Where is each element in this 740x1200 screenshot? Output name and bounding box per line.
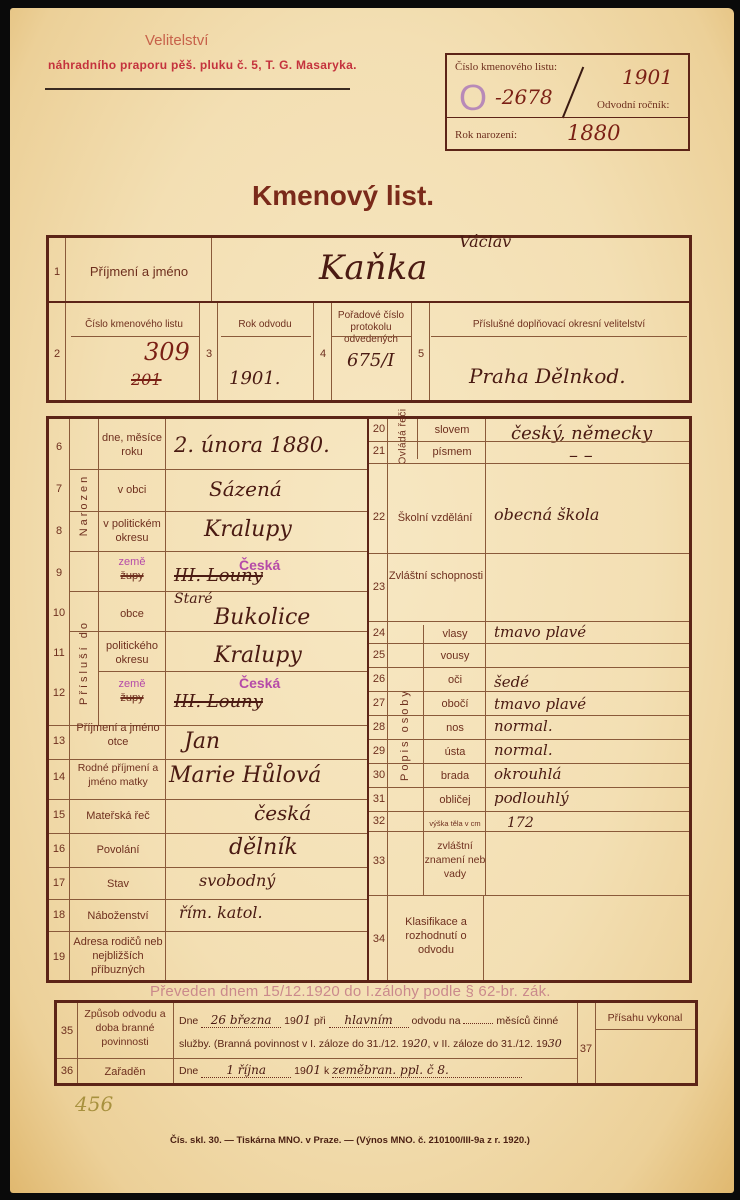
- row-number: 24: [369, 627, 389, 639]
- mother-tongue-label: Mateřská řeč: [69, 809, 167, 823]
- birth-district-value: Kralupy: [204, 517, 292, 542]
- divider: [165, 419, 166, 980]
- row-number: 32: [369, 815, 389, 827]
- divider: [69, 511, 367, 512]
- divider: [69, 419, 70, 980]
- country-stamp-label: země: [99, 677, 165, 691]
- given-name-value: Václav: [459, 232, 511, 251]
- divider: [173, 1003, 174, 1083]
- reserve2-year-hw: 30: [548, 1037, 562, 1050]
- eyebrows-label: obočí: [425, 697, 485, 711]
- row-number: 37: [576, 1043, 596, 1055]
- assigned-label: Zařaděn: [77, 1065, 173, 1079]
- divider: [417, 419, 418, 459]
- text-fragment: k: [324, 1065, 329, 1077]
- row-number: 33: [369, 855, 389, 867]
- row-number: 31: [369, 793, 389, 805]
- father-name-value: Jan: [184, 729, 220, 754]
- text-fragment: Dne: [179, 1065, 198, 1077]
- domicile-town-prefix: Staré: [174, 591, 213, 607]
- divider: [369, 691, 689, 692]
- row-number: 35: [57, 1025, 77, 1037]
- protocol-col-label: Pořadové číslo protokolu odvedených: [329, 310, 413, 346]
- surname-value: Kaňka: [319, 248, 427, 288]
- hair-label: vlasy: [425, 627, 485, 641]
- divider: [369, 715, 689, 716]
- father-name-label: Příjmení a jméno otce: [71, 721, 165, 749]
- row-number: 21: [369, 445, 389, 457]
- margin-note: 456: [75, 1092, 113, 1116]
- draft-year-label: Odvodní ročník:: [597, 99, 669, 111]
- chin-value: okrouhlá: [494, 765, 561, 783]
- face-label: obličej: [425, 793, 485, 807]
- stamp-battalion: náhradního praporu pěš. pluku č. 5, T. G…: [48, 58, 357, 72]
- marital-status-label: Stav: [69, 877, 167, 891]
- row-number: 15: [49, 809, 69, 821]
- divider: [69, 631, 367, 632]
- row-number: 23: [369, 581, 389, 593]
- divider: [431, 336, 687, 337]
- sheet-number-col-value: 309: [144, 338, 190, 366]
- num-col-line: [65, 238, 66, 400]
- assigned-date-value: 1 října: [201, 1063, 291, 1078]
- stamp-underline: [45, 88, 350, 90]
- belongs-group-label: Přísluší do: [78, 625, 90, 705]
- row-number: 12: [49, 687, 69, 699]
- divider: [483, 895, 484, 980]
- surname-label: Příjmení a jméno: [69, 265, 209, 279]
- eyebrows-value: tmavo plavé: [494, 695, 586, 713]
- divider: [49, 899, 367, 900]
- country-stamp-label: země: [99, 555, 165, 569]
- assigned-line: Dne 1 října 1901 k zeměbran. ppl. č 8.: [179, 1063, 522, 1078]
- mother-name-label: Rodné příjmení a jméno matky: [69, 761, 167, 789]
- divider: [369, 553, 689, 554]
- sheet-number-label: Číslo kmenového listu:: [455, 61, 557, 73]
- row-number: 28: [369, 721, 389, 733]
- face-value: podlouhlý: [494, 789, 569, 807]
- assigned-year-hw: 01: [306, 1063, 321, 1077]
- id-box-divider: [447, 117, 688, 118]
- divider: [369, 441, 689, 442]
- divider: [49, 867, 367, 868]
- divider: [369, 621, 689, 622]
- row-number: 1: [47, 266, 67, 278]
- divider: [369, 463, 689, 464]
- nose-value: normal.: [494, 717, 553, 735]
- draft-method-line2: služby. (Branná povinnost v I. záloze do…: [179, 1037, 562, 1050]
- section-identity: 1 Příjmení a jméno Kaňka Václav 2 Číslo …: [46, 235, 692, 403]
- beard-label: vousy: [425, 649, 485, 663]
- service-months-value: [463, 1023, 493, 1024]
- row-number: 16: [49, 843, 69, 855]
- birth-district-label: v politickém okresu: [99, 517, 165, 545]
- birth-year-value: 1880: [567, 121, 620, 145]
- text-fragment: 19: [284, 1015, 296, 1027]
- row-number: 36: [57, 1065, 77, 1077]
- row-number: 34: [369, 933, 389, 945]
- birth-date-value: 2. února 1880.: [174, 433, 330, 457]
- born-group-label: Narozen: [78, 470, 90, 540]
- classification-label: Klasifikace a rozhodnutí o odvodu: [389, 915, 483, 957]
- education-label: Školní vzdělání: [385, 511, 485, 525]
- text-fragment: Dne: [179, 1015, 198, 1027]
- birth-town-value: Sázená: [209, 477, 282, 501]
- printer-footer: Čís. skl. 30. — Tiskárna MNO. v Praze. —…: [170, 1135, 530, 1146]
- row-number: 26: [369, 673, 389, 685]
- row-number: 30: [369, 769, 389, 781]
- speaks-label: slovem: [419, 423, 485, 437]
- draft-method-label: Způsob odvodu a doba branné povinnosti: [77, 1007, 173, 1049]
- row-number: 25: [369, 649, 389, 661]
- languages-group-label: Ovládá řeči: [398, 409, 409, 465]
- recruitment-office-label: Příslušné doplňovací okresní velitelství: [429, 318, 689, 332]
- draft-date-value: 26 března: [201, 1013, 281, 1028]
- mother-name-value: Marie Hůlová: [169, 763, 321, 788]
- row-number: 13: [49, 735, 69, 747]
- mouth-label: ústa: [425, 745, 485, 759]
- mother-tongue-value: česká: [254, 801, 311, 825]
- birth-year-label: Rok narození:: [455, 129, 517, 141]
- divider: [69, 591, 367, 592]
- row-number: 6: [49, 441, 69, 453]
- divider: [98, 671, 367, 672]
- reserve1-year-hw: 20: [413, 1037, 427, 1050]
- oath-label: Přísahu vykonal: [595, 1011, 695, 1025]
- row-number: 2: [47, 348, 67, 360]
- section-service: 35 Způsob odvodu a doba branné povinnost…: [54, 1000, 698, 1086]
- domicile-region-struck-value: III. Louny: [174, 691, 263, 712]
- draft-method-line1: Dne 26 března 1901 při hlavním odvodu na…: [179, 1013, 558, 1028]
- divider: [369, 787, 689, 788]
- row-number: 10: [49, 607, 69, 619]
- row-number: 18: [49, 909, 69, 921]
- mouth-value: normal.: [494, 741, 553, 759]
- nose-label: nos: [425, 721, 485, 735]
- eyes-value: šedé: [494, 673, 529, 691]
- birth-town-label: v obci: [99, 483, 165, 497]
- domicile-town-label: obce: [99, 607, 165, 621]
- divider: [595, 1029, 695, 1030]
- height-label: výška těla v cm: [423, 817, 487, 831]
- divider: [369, 763, 689, 764]
- divider: [369, 643, 689, 644]
- divider: [49, 759, 367, 760]
- eyes-label: oči: [425, 673, 485, 687]
- sheet-number-col-label: Číslo kmenového listu: [69, 318, 199, 332]
- text-fragment: , v II. záloze do 31./12. 19: [427, 1038, 547, 1050]
- domicile-country-stamp: Česká: [239, 675, 280, 691]
- row-number: 19: [49, 951, 69, 963]
- divider: [369, 739, 689, 740]
- divider: [57, 1058, 577, 1059]
- occupation-label: Povolání: [69, 843, 167, 857]
- religion-value: řím. katol.: [179, 903, 263, 922]
- id-box: Číslo kmenového listu: O -2678 1901 Odvo…: [445, 53, 690, 151]
- distinguishing-marks-label: zvláštní znamení neb vady: [423, 839, 487, 881]
- recruitment-office-value: Praha Dělnkod.: [469, 364, 626, 388]
- divider: [49, 833, 367, 834]
- divider: [369, 811, 689, 812]
- row-number: 4: [313, 348, 333, 360]
- draft-year-col-label: Rok odvodu: [217, 318, 313, 332]
- row-number: 29: [369, 745, 389, 757]
- row-number: 11: [49, 647, 69, 659]
- region-struck-label: župy: [99, 569, 165, 583]
- divider: [211, 238, 212, 301]
- hair-value: tmavo plavé: [494, 623, 586, 641]
- divider: [69, 469, 367, 470]
- text-fragment: měsíců činné: [496, 1015, 558, 1027]
- row-number: 20: [369, 423, 389, 435]
- protocol-col-value: 675/I: [347, 350, 395, 371]
- domicile-town-value: Bukolice: [214, 605, 310, 630]
- draft-year-hw: 01: [296, 1013, 311, 1027]
- religion-label: Náboženství: [69, 909, 167, 923]
- section-personal-details: Narozen Přísluší do 6 dne, měsíce roku 2…: [46, 416, 692, 983]
- birth-date-label: dne, měsíce roku: [99, 431, 165, 459]
- marital-status-value: svobodný: [199, 871, 275, 890]
- stamp-command-title: Velitelství: [145, 32, 208, 49]
- transfer-stamp: Převeden dnem 15/12.1920 do I.zálohy pod…: [150, 983, 551, 1000]
- writes-label: písmem: [419, 445, 485, 459]
- row-number: 3: [199, 348, 219, 360]
- divider: [369, 831, 689, 832]
- draft-kind-value: hlavním: [329, 1013, 409, 1028]
- chin-label: brada: [425, 769, 485, 783]
- sheet-number-value: -2678: [495, 85, 553, 109]
- text-fragment: odvodu na: [412, 1015, 461, 1027]
- row-number: 8: [49, 525, 69, 537]
- sheet-number-struck-value: 201: [131, 370, 162, 389]
- divider: [369, 895, 689, 896]
- description-group-label: Popis osoby: [399, 701, 411, 781]
- divider: [49, 301, 689, 303]
- domicile-district-label: politického okresu: [99, 639, 165, 667]
- divider: [221, 336, 311, 337]
- height-value: 172: [507, 815, 534, 831]
- birth-country-stamp: Česká: [239, 557, 280, 573]
- text-fragment: při: [314, 1015, 326, 1027]
- divider: [71, 336, 199, 337]
- row-number: 27: [369, 697, 389, 709]
- row-number: 7: [49, 483, 69, 495]
- divider: [49, 931, 367, 932]
- special-skills-label: Zvláštní schopnosti: [387, 569, 485, 583]
- occupation-value: dělník: [229, 835, 298, 860]
- text-fragment: služby. (Branná povinnost v I. záloze do…: [179, 1038, 413, 1050]
- draft-year-col-value: 1901.: [229, 368, 281, 389]
- education-value: obecná škola: [494, 505, 599, 524]
- region-struck-label: župy: [99, 691, 165, 705]
- page-title: Kmenový list.: [252, 180, 434, 212]
- divider: [331, 336, 411, 337]
- draft-year-value: 1901: [622, 65, 673, 89]
- divider: [369, 667, 689, 668]
- parents-address-label: Adresa rodičů neb nejbližších příbuzných: [69, 935, 167, 977]
- row-number: 9: [49, 567, 69, 579]
- domicile-district-value: Kralupy: [214, 643, 302, 668]
- divider: [69, 551, 367, 552]
- sheet-prefix-stamp: O: [459, 77, 487, 119]
- row-number: 17: [49, 877, 69, 889]
- divider: [49, 799, 367, 800]
- assigned-unit-value: zeměbran. ppl. č 8.: [332, 1063, 522, 1078]
- slash-divider: [562, 67, 584, 119]
- row-number: 14: [49, 771, 69, 783]
- row-number: 5: [411, 348, 431, 360]
- text-fragment: 19: [294, 1065, 306, 1077]
